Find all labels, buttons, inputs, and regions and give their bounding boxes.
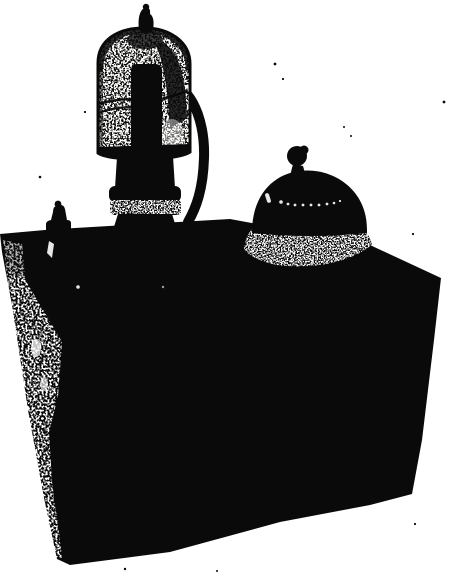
bell-knob-bump xyxy=(300,146,309,155)
halftone-photograph: Black-and-white halftone photograph xyxy=(0,0,450,578)
anode-plate xyxy=(126,64,168,158)
socket-collar xyxy=(115,153,175,188)
bulb-tip-nub xyxy=(143,4,149,10)
socket-flange xyxy=(109,186,181,202)
tube-socket xyxy=(108,153,184,230)
socket-base xyxy=(113,214,177,230)
photo-canvas: Black-and-white halftone photograph xyxy=(0,0,450,578)
